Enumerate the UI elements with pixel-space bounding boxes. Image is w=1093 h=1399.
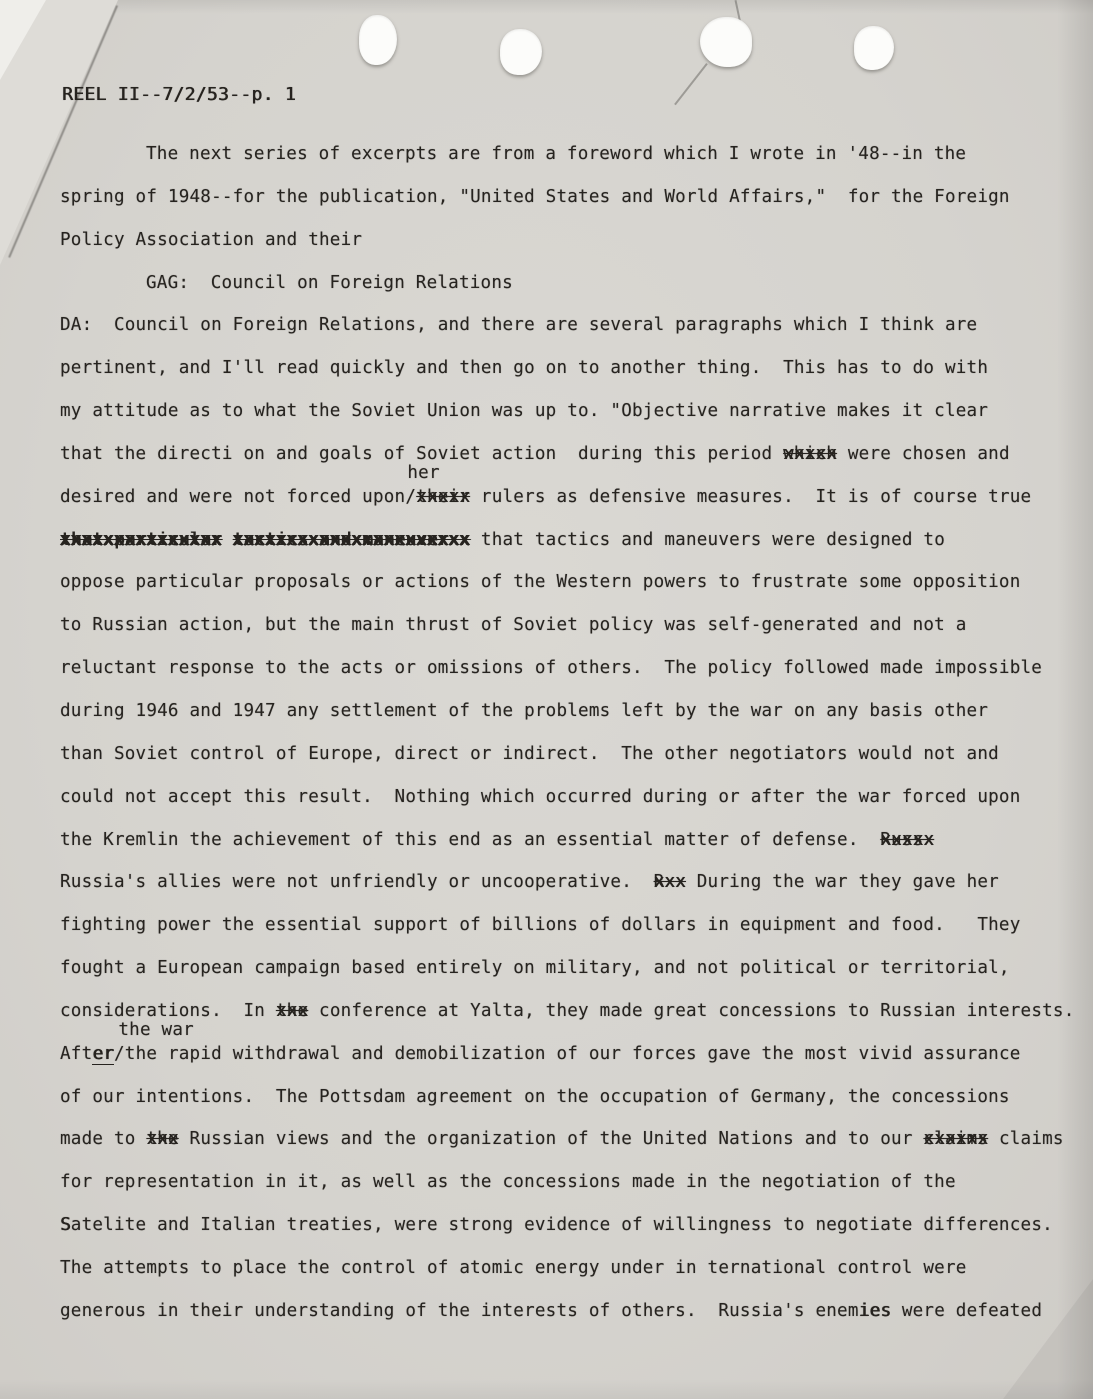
text: were chosen and [837, 444, 1010, 464]
text: S [60, 1215, 71, 1235]
text-segment: During the war they gave her [686, 872, 999, 892]
text-line: to Russian action, but the main thrust o… [60, 604, 1080, 647]
text: oppose particular proposals or actions o… [60, 572, 1021, 592]
text-segment-overtype: ies [859, 1301, 891, 1321]
text-line: The next series of excerpts are from a f… [60, 133, 1080, 176]
text-segment: Aft [60, 1044, 92, 1064]
text: Rxx [654, 872, 686, 892]
text-segment: of our intentions. The Pottsdam agreemen… [60, 1087, 1010, 1107]
text: Policy Association and their [60, 230, 362, 250]
text [222, 530, 233, 550]
text: were defeated [891, 1301, 1042, 1321]
text: the [276, 1001, 308, 1021]
text-line: GAG: Council on Foreign Relations [60, 262, 1080, 305]
text-segment: that tactics and maneuvers were designed… [470, 530, 945, 550]
text-segment: considerations. In [60, 1001, 276, 1021]
text: conference at Yalta, they made great con… [308, 1001, 1074, 1021]
text: made to [60, 1129, 146, 1149]
text-segment: that the directi on and goals of Soviet … [60, 444, 783, 464]
text-line: that the directi on and goals of Soviet … [60, 433, 1080, 476]
text-line: during 1946 and 1947 any settlement of t… [60, 690, 1080, 733]
text-line: thatxparticular tacticsxandxmaneuverxx t… [60, 519, 1080, 562]
text: which [783, 444, 837, 464]
text-segment: for representation in it, as well as the… [60, 1172, 956, 1192]
text-line: Policy Association and their [60, 219, 1080, 262]
text-segment: Russia's allies were not unfriendly or u… [60, 872, 654, 892]
text-segment-ot-underline: the warer [92, 1044, 114, 1065]
inserted-text: her [407, 463, 439, 483]
text-segment: DA: Council on Foreign Relations, and th… [60, 315, 977, 335]
text: The attempts to place the control of ato… [60, 1258, 967, 1278]
text-segment: were defeated [891, 1301, 1042, 1321]
text-line: made to the Russian views and the organi… [60, 1118, 1080, 1161]
text: for representation in it, as well as the… [60, 1172, 956, 1192]
text: fighting power the essential support of … [60, 915, 1021, 935]
text: desired and were not forced upon [60, 487, 405, 507]
text-segment: to Russian action, but the main thrust o… [60, 615, 967, 635]
text-line: of our intentions. The Pottsdam agreemen… [60, 1076, 1080, 1119]
inserted-text: the war [118, 1020, 194, 1040]
struck-out-text: thatxparticular [60, 530, 222, 550]
text: Russx [880, 830, 934, 850]
text: their [416, 487, 470, 507]
text-segment: oppose particular proposals or actions o… [60, 572, 1021, 592]
text: claims [923, 1129, 988, 1149]
text-segment: Russian views and the organization of th… [179, 1129, 924, 1149]
text: /the rapid withdrawal and demobilization… [114, 1044, 1021, 1064]
text-segment: fighting power the essential support of … [60, 915, 1021, 935]
text-line: DA: Council on Foreign Relations, and th… [60, 304, 1080, 347]
text-line: Russia's allies were not unfriendly or u… [60, 861, 1080, 904]
text-segment: fought a European campaign based entirel… [60, 958, 1010, 978]
text-segment: rulers as defensive measures. It is of c… [470, 487, 1031, 507]
struck-out-text: which [783, 444, 837, 464]
text-segment: The next series of excerpts are from a f… [146, 144, 966, 164]
text: generous in their understanding of the i… [60, 1301, 859, 1321]
struck-out-text: their [416, 487, 470, 507]
text-segment: were chosen and [837, 444, 1010, 464]
text: atelite and Italian treaties, were stron… [71, 1215, 1053, 1235]
text: thatxparticular [60, 530, 222, 550]
text: DA: Council on Foreign Relations, and th… [60, 315, 977, 335]
text-segment: during 1946 and 1947 any settlement of t… [60, 701, 988, 721]
text-line: reluctant response to the acts or omissi… [60, 647, 1080, 690]
text-segment [222, 530, 233, 550]
text-line: spring of 1948--for the publication, "Un… [60, 176, 1080, 219]
text: GAG: Council on Foreign Relations [146, 273, 513, 293]
text-line: my attitude as to what the Soviet Union … [60, 390, 1080, 433]
text: spring of 1948--for the publication, "Un… [60, 187, 1010, 207]
text-line: the Kremlin the achievement of this end … [60, 819, 1080, 862]
struck-out-text: tacticsxandxmaneuverxx [233, 530, 470, 550]
text: the [146, 1129, 178, 1149]
text: that tactics and maneuvers were designed… [470, 530, 945, 550]
text-segment: The attempts to place the control of ato… [60, 1258, 967, 1278]
text-line: could not accept this result. Nothing wh… [60, 776, 1080, 819]
text: During the war they gave her [686, 872, 999, 892]
text-line: generous in their understanding of the i… [60, 1290, 1080, 1333]
punch-hole [700, 17, 752, 67]
text: The next series of excerpts are from a f… [146, 144, 966, 164]
text-line: fighting power the essential support of … [60, 904, 1080, 947]
text: ies [859, 1301, 891, 1321]
text-line: oppose particular proposals or actions o… [60, 561, 1080, 604]
struck-out-text: Rxx [654, 872, 686, 892]
text-line: Satelite and Italian treaties, were stro… [60, 1204, 1080, 1247]
text-line: fought a European campaign based entirel… [60, 947, 1080, 990]
document-body: The next series of excerpts are from a f… [60, 133, 1080, 1333]
text-segment: claims [988, 1129, 1064, 1149]
text-line: considerations. In the conference at Yal… [60, 990, 1080, 1033]
text: Russia's allies were not unfriendly or u… [60, 872, 654, 892]
text: fought a European campaign based entirel… [60, 958, 1010, 978]
text: Russian views and the organization of th… [179, 1129, 924, 1149]
text: than Soviet control of Europe, direct or… [60, 744, 999, 764]
text: could not accept this result. Nothing wh… [60, 787, 1021, 807]
text-segment-overtype: S [60, 1215, 71, 1235]
text-segment: conference at Yalta, they made great con… [308, 1001, 1074, 1021]
text: the Kremlin the achievement of this end … [60, 830, 880, 850]
text-segment: reluctant response to the acts or omissi… [60, 658, 1042, 678]
text-segment: her/ [405, 487, 416, 507]
punch-hole [359, 15, 397, 65]
text-segment: spring of 1948--for the publication, "Un… [60, 187, 1010, 207]
text-line: desired and were not forced uponher/thei… [60, 476, 1080, 519]
text-segment: atelite and Italian treaties, were stron… [71, 1215, 1053, 1235]
text-segment: GAG: Council on Foreign Relations [146, 273, 513, 293]
text: my attitude as to what the Soviet Union … [60, 401, 988, 421]
text-segment: desired and were not forced upon [60, 487, 405, 507]
text-segment: than Soviet control of Europe, direct or… [60, 744, 999, 764]
text: tacticsxandxmaneuverxx [233, 530, 470, 550]
text-segment: could not accept this result. Nothing wh… [60, 787, 1021, 807]
struck-out-text: claims [923, 1129, 988, 1149]
text-segment: generous in their understanding of the i… [60, 1301, 859, 1321]
text-line: for representation in it, as well as the… [60, 1161, 1080, 1204]
text: considerations. In [60, 1001, 276, 1021]
text-line: pertinent, and I'll read quickly and the… [60, 347, 1080, 390]
text: pertinent, and I'll read quickly and the… [60, 358, 988, 378]
text-segment: my attitude as to what the Soviet Union … [60, 401, 988, 421]
struck-out-text: the [276, 1001, 308, 1021]
text: that the directi on and goals of Soviet … [60, 444, 783, 464]
text-segment: pertinent, and I'll read quickly and the… [60, 358, 988, 378]
text: of our intentions. The Pottsdam agreemen… [60, 1087, 1010, 1107]
text-segment: made to [60, 1129, 146, 1149]
text-segment: the Kremlin the achievement of this end … [60, 830, 880, 850]
text-segment: Policy Association and their [60, 230, 362, 250]
text-line: Aftthe warer/the rapid withdrawal and de… [60, 1033, 1080, 1076]
page-header: REEL II--7/2/53--p. 1 [62, 84, 296, 105]
text-line: than Soviet control of Europe, direct or… [60, 733, 1080, 776]
text: rulers as defensive measures. It is of c… [470, 487, 1031, 507]
text: er [92, 1044, 114, 1064]
text: claims [988, 1129, 1064, 1149]
text: during 1946 and 1947 any settlement of t… [60, 701, 988, 721]
paper-crack [674, 63, 707, 105]
struck-out-text: Russx [880, 830, 934, 850]
punch-hole [500, 29, 542, 75]
text-segment: /the rapid withdrawal and demobilization… [114, 1044, 1021, 1064]
text-line: The attempts to place the control of ato… [60, 1247, 1080, 1290]
punch-hole [854, 26, 894, 70]
struck-out-text: the [146, 1129, 178, 1149]
text: / [405, 487, 416, 507]
text: reluctant response to the acts or omissi… [60, 658, 1042, 678]
text: to Russian action, but the main thrust o… [60, 615, 967, 635]
text: Aft [60, 1044, 92, 1064]
